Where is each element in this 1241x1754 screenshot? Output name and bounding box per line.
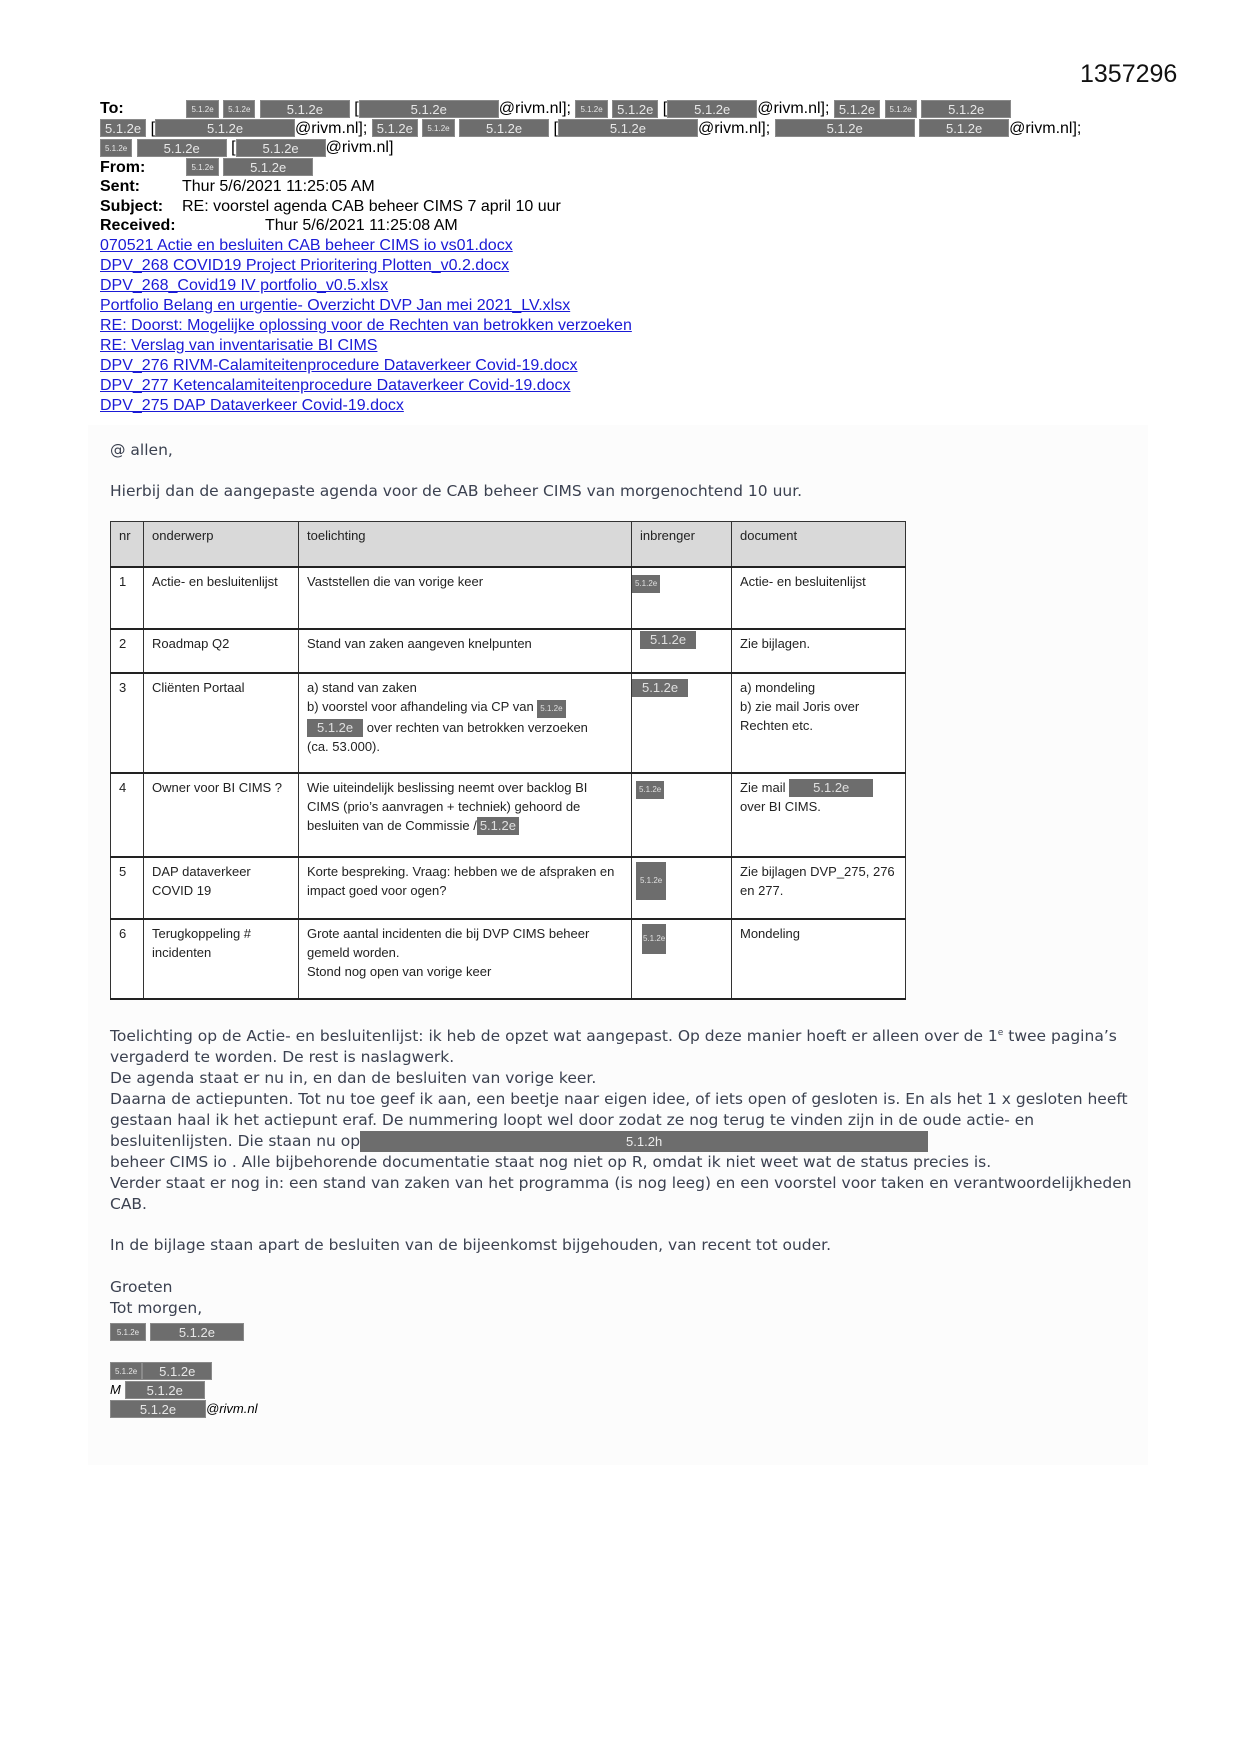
from-label: From: bbox=[100, 158, 182, 178]
attachment-link[interactable]: Portfolio Belang en urgentie- Overzicht … bbox=[100, 296, 1140, 316]
toelichting-a: Grote aantal incidenten die bij DVP CIMS… bbox=[307, 924, 623, 962]
cell-onderwerp: Actie- en besluitenlijst bbox=[144, 567, 299, 629]
table-row: 3 Cliënten Portaal a) stand van zaken b)… bbox=[111, 673, 906, 773]
redaction: 5.1.2e bbox=[142, 1362, 212, 1380]
closing-greeting: Groeten bbox=[110, 1277, 831, 1298]
to-label: To: bbox=[100, 99, 182, 119]
redaction: 5.1.2e bbox=[477, 817, 519, 835]
cell-toelichting: Korte bespreking. Vraag: hebben we de af… bbox=[299, 857, 632, 919]
cell-toelichting: Wie uiteindelijk beslissing neemt over b… bbox=[299, 773, 632, 857]
redaction: 5.1.2e bbox=[459, 119, 549, 137]
received-value: Thur 5/6/2021 11:25:08 AM bbox=[265, 217, 458, 234]
cell-inbrenger: 5.1.2e bbox=[632, 857, 732, 919]
redaction: 5.1.2e bbox=[642, 924, 666, 954]
table-row: 4 Owner voor BI CIMS ? Wie uiteindelijk … bbox=[111, 773, 906, 857]
cell-document: Actie- en besluitenlijst bbox=[732, 567, 906, 629]
explanation-p1: Toelichting op de Actie- en besluitenlij… bbox=[110, 1027, 998, 1045]
redaction: 5.1.2e bbox=[612, 100, 658, 118]
email-header: To: 5.1.2e 5.1.2e 5.1.2e [5.1.2e@rivm.nl… bbox=[100, 99, 1140, 416]
signature-m: M bbox=[110, 1382, 121, 1397]
document-b: over BI CIMS. bbox=[740, 797, 897, 816]
table-header-row: nr onderwerp toelichting inbrenger docum… bbox=[111, 522, 906, 568]
cell-onderwerp: Cliënten Portaal bbox=[144, 673, 299, 773]
toelichting-b: Stond nog open van vorige keer bbox=[307, 962, 623, 981]
redaction: 5.1.2e bbox=[537, 700, 565, 718]
subject-line: Subject:RE: voorstel agenda CAB beheer C… bbox=[100, 197, 1140, 217]
cell-toelichting: a) stand van zaken b) voorstel voor afha… bbox=[299, 673, 632, 773]
header-inbrenger: inbrenger bbox=[632, 522, 732, 568]
document-id: 1357296 bbox=[1080, 60, 1177, 89]
redaction: 5.1.2e bbox=[919, 119, 1009, 137]
header-nr: nr bbox=[111, 522, 144, 568]
redaction: 5.1.2e bbox=[150, 1323, 244, 1341]
to-line-3: 5.1.2e 5.1.2e [5.1.2e@rivm.nl] bbox=[100, 138, 1140, 158]
header-onderwerp: onderwerp bbox=[144, 522, 299, 568]
document-a: a) mondeling bbox=[740, 678, 897, 697]
document-b: b) zie mail Joris over Rechten etc. bbox=[740, 697, 897, 735]
redaction: 5.1.2e bbox=[260, 100, 350, 118]
cell-nr: 2 bbox=[111, 629, 144, 673]
redaction: 5.1.2e bbox=[372, 119, 418, 137]
redaction: 5.1.2e bbox=[640, 631, 696, 649]
cell-nr: 6 bbox=[111, 919, 144, 999]
sent-label: Sent: bbox=[100, 177, 182, 197]
greeting: @ allen, bbox=[110, 440, 173, 461]
signature-email-domain: @rivm.nl bbox=[206, 1401, 257, 1416]
redaction: 5.1.2e bbox=[632, 575, 660, 593]
toelichting-b: b) voorstel voor afhandeling via CP van … bbox=[307, 697, 623, 718]
attachment-link[interactable]: DPV_268 COVID19 Project Prioritering Plo… bbox=[100, 256, 1140, 276]
redaction: 5.1.2e bbox=[307, 719, 363, 737]
cell-document: Zie mail 5.1.2e over BI CIMS. bbox=[732, 773, 906, 857]
attachment-link[interactable]: DPV_275 DAP Dataverkeer Covid-19.docx bbox=[100, 396, 1140, 416]
toelichting-d: (ca. 53.000). bbox=[307, 737, 623, 756]
table-row: 6 Terugkoppeling # incidenten Grote aant… bbox=[111, 919, 906, 999]
table-row: 5 DAP dataverkeer COVID 19 Korte besprek… bbox=[111, 857, 906, 919]
sent-line: Sent:Thur 5/6/2021 11:25:05 AM bbox=[100, 177, 1140, 197]
cell-nr: 1 bbox=[111, 567, 144, 629]
redaction: 5.1.2e bbox=[885, 100, 917, 118]
redaction: 5.1.2e bbox=[125, 1381, 205, 1399]
redaction: 5.1.2e bbox=[100, 139, 132, 157]
received-line: Received:Thur 5/6/2021 11:25:08 AM bbox=[100, 216, 1140, 236]
to-line: To: 5.1.2e 5.1.2e 5.1.2e [5.1.2e@rivm.nl… bbox=[100, 99, 1140, 119]
recipient-domain: @rivm.nl]; bbox=[295, 120, 367, 137]
document-a: Zie mail 5.1.2e bbox=[740, 778, 897, 797]
attachment-link[interactable]: RE: Doorst: Mogelijke oplossing voor de … bbox=[100, 316, 1140, 336]
header-document: document bbox=[732, 522, 906, 568]
attachment-note: In de bijlage staan apart de besluiten v… bbox=[110, 1235, 831, 1256]
signature-line-1: 5.1.2e5.1.2e bbox=[110, 1361, 257, 1380]
subject-label: Subject: bbox=[100, 197, 182, 217]
subject-value: RE: voorstel agenda CAB beheer CIMS 7 ap… bbox=[182, 198, 561, 215]
redaction: 5.1.2e bbox=[110, 1362, 142, 1380]
agenda-table: nr onderwerp toelichting inbrenger docum… bbox=[110, 521, 906, 1000]
redaction: 5.1.2e bbox=[636, 862, 666, 900]
sender-name: 5.1.2e 5.1.2e bbox=[110, 1322, 257, 1341]
redaction: 5.1.2e bbox=[223, 158, 313, 176]
received-label: Received: bbox=[100, 216, 265, 236]
signature-line-2: M 5.1.2e bbox=[110, 1380, 257, 1399]
intro-text: Hierbij dan de aangepaste agenda voor de… bbox=[110, 481, 802, 502]
redaction: 5.1.2e bbox=[775, 119, 915, 137]
from-line: From: 5.1.2e 5.1.2e bbox=[100, 158, 1140, 178]
signature-line-3: 5.1.2e@rivm.nl bbox=[110, 1399, 257, 1418]
recipient-domain: @rivm.nl]; bbox=[499, 100, 571, 117]
redaction: 5.1.2e bbox=[137, 139, 227, 157]
cell-document: a) mondeling b) zie mail Joris over Rech… bbox=[732, 673, 906, 773]
cell-toelichting: Vaststellen die van vorige keer bbox=[299, 567, 632, 629]
recipient-domain: @rivm.nl]; bbox=[1009, 120, 1081, 137]
redaction: 5.1.2e bbox=[789, 779, 873, 797]
recipient-domain: @rivm.nl] bbox=[326, 139, 394, 156]
document-a-text: Zie mail bbox=[740, 780, 786, 795]
redaction: 5.1.2e bbox=[636, 781, 664, 799]
redaction: 5.1.2e bbox=[110, 1323, 146, 1341]
attachment-link[interactable]: DPV_277 Ketencalamiteitenprocedure Datav… bbox=[100, 376, 1140, 396]
cell-inbrenger: 5.1.2e bbox=[632, 919, 732, 999]
cell-document: Zie bijlagen DVP_275, 276 en 277. bbox=[732, 857, 906, 919]
attachment-list: 070521 Actie en besluiten CAB beheer CIM… bbox=[100, 236, 1140, 416]
attachment-link[interactable]: DPV_268_Covid19 IV portfolio_v0.5.xlsx bbox=[100, 276, 1140, 296]
cell-toelichting: Grote aantal incidenten die bij DVP CIMS… bbox=[299, 919, 632, 999]
cell-onderwerp: DAP dataverkeer COVID 19 bbox=[144, 857, 299, 919]
recipient-domain: @rivm.nl]; bbox=[698, 120, 770, 137]
cell-document: Mondeling bbox=[732, 919, 906, 999]
attachment-link[interactable]: 070521 Actie en besluiten CAB beheer CIM… bbox=[100, 236, 1140, 256]
to-line-2: 5.1.2e [5.1.2e@rivm.nl]; 5.1.2e 5.1.2e 5… bbox=[100, 119, 1140, 139]
closing-farewell: Tot morgen, bbox=[110, 1298, 831, 1319]
recipient-domain: @rivm.nl]; bbox=[757, 100, 829, 117]
toelichting-text: Wie uiteindelijk beslissing neemt over b… bbox=[307, 780, 587, 833]
cell-inbrenger: 5.1.2e bbox=[632, 567, 732, 629]
redaction: 5.1.2e bbox=[834, 100, 880, 118]
redaction: 5.1.2e bbox=[575, 100, 607, 118]
cell-nr: 5 bbox=[111, 857, 144, 919]
cell-document: Zie bijlagen. bbox=[732, 629, 906, 673]
explanation-p4: Verder staat er nog in: een stand van za… bbox=[110, 1174, 1132, 1213]
cell-inbrenger: 5.1.2e bbox=[632, 673, 732, 773]
toelichting-c: 5.1.2e over rechten van betrokken verzoe… bbox=[307, 718, 623, 737]
cell-toelichting: Stand van zaken aangeven knelpunten bbox=[299, 629, 632, 673]
explanation-p3-end: beheer CIMS io . Alle bijbehorende docum… bbox=[110, 1153, 991, 1171]
cell-onderwerp: Roadmap Q2 bbox=[144, 629, 299, 673]
attachment-link[interactable]: RE: Verslag van inventarisatie BI CIMS bbox=[100, 336, 1140, 356]
cell-inbrenger: 5.1.2e bbox=[632, 773, 732, 857]
redaction: 5.1.2e bbox=[155, 119, 295, 137]
redaction: 5.1.2e bbox=[422, 119, 454, 137]
cell-nr: 4 bbox=[111, 773, 144, 857]
cell-onderwerp: Owner voor BI CIMS ? bbox=[144, 773, 299, 857]
explanation-p2: De agenda staat er nu in, en dan de besl… bbox=[110, 1069, 596, 1087]
redaction: 5.1.2e bbox=[558, 119, 698, 137]
redaction: 5.1.2e bbox=[359, 100, 499, 118]
redaction: 5.1.2e bbox=[186, 100, 218, 118]
table-row: 1 Actie- en besluitenlijst Vaststellen d… bbox=[111, 567, 906, 629]
sent-value: Thur 5/6/2021 11:25:05 AM bbox=[182, 178, 375, 195]
toelichting-c-text: over rechten van betrokken verzoeken bbox=[367, 720, 588, 735]
redaction: 5.1.2e bbox=[632, 679, 688, 697]
closing-text: In de bijlage staan apart de besluiten v… bbox=[110, 1235, 831, 1319]
redaction: 5.1.2e bbox=[223, 100, 255, 118]
signature: 5.1.2e 5.1.2e 5.1.2e5.1.2e M 5.1.2e 5.1.… bbox=[110, 1322, 257, 1418]
cell-inbrenger: 5.1.2e bbox=[632, 629, 732, 673]
cell-nr: 3 bbox=[111, 673, 144, 773]
redaction: 5.1.2e bbox=[186, 158, 218, 176]
attachment-link[interactable]: DPV_276 RIVM-Calamiteitenprocedure Datav… bbox=[100, 356, 1140, 376]
redaction-bar: 5.1.2h bbox=[360, 1131, 928, 1152]
explanation-text: Toelichting op de Actie- en besluitenlij… bbox=[110, 1023, 1140, 1215]
toelichting-b-text: b) voorstel voor afhandeling via CP van bbox=[307, 699, 534, 714]
cell-onderwerp: Terugkoppeling # incidenten bbox=[144, 919, 299, 999]
table-row: 2 Roadmap Q2 Stand van zaken aangeven kn… bbox=[111, 629, 906, 673]
redaction: 5.1.2e bbox=[236, 139, 326, 157]
redaction: 5.1.2e bbox=[667, 100, 757, 118]
redaction: 5.1.2e bbox=[100, 119, 146, 137]
redaction: 5.1.2e bbox=[110, 1400, 206, 1418]
header-toelichting: toelichting bbox=[299, 522, 632, 568]
toelichting-a: a) stand van zaken bbox=[307, 678, 623, 697]
redaction: 5.1.2e bbox=[921, 100, 1011, 118]
